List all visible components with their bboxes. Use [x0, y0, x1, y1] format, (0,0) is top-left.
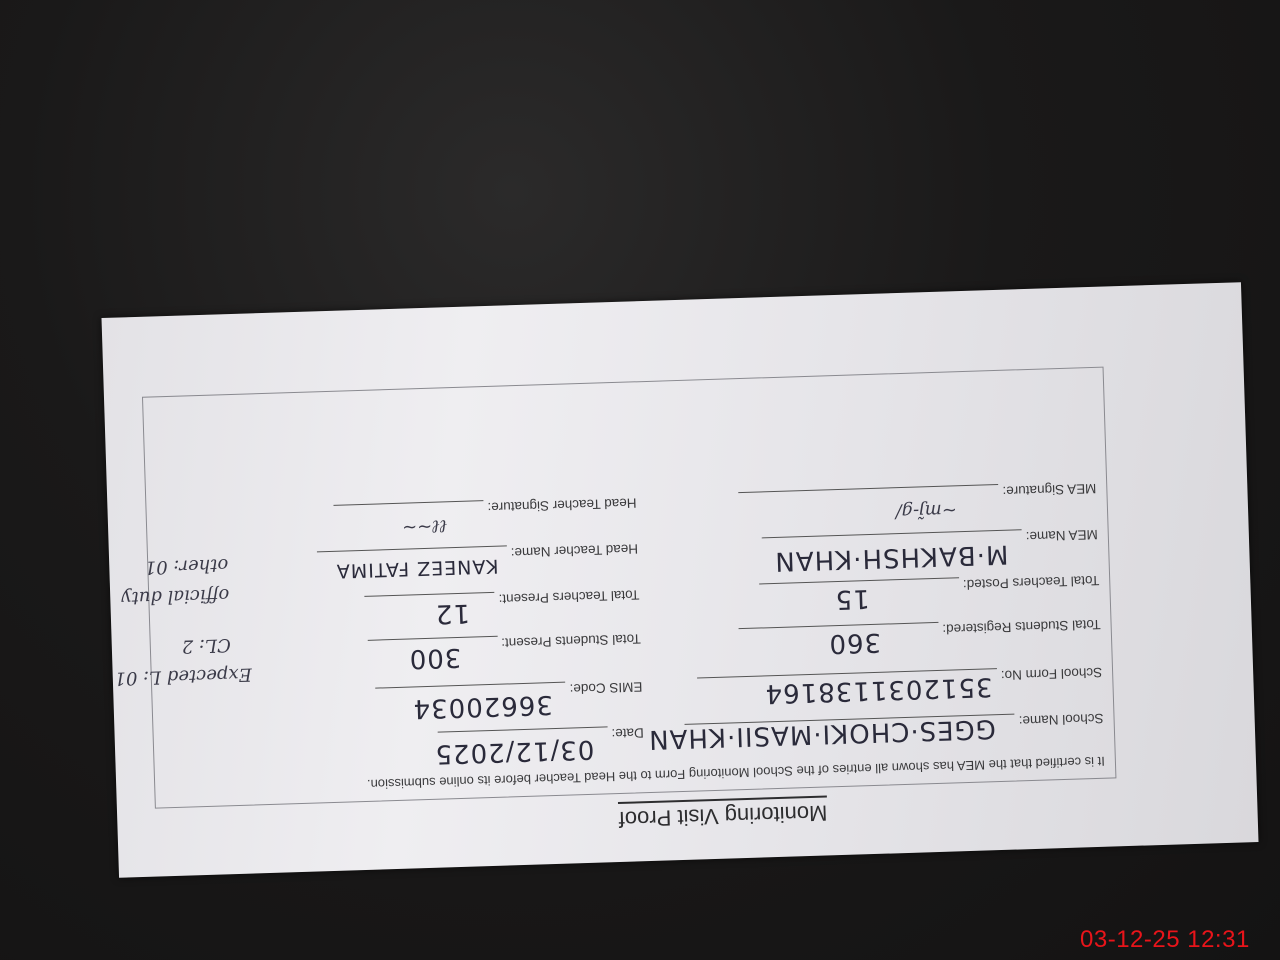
- handwritten-note-2: CL: 2: [182, 634, 232, 657]
- emis-code-label: EMIS Code:: [569, 679, 642, 696]
- date-label: Date:: [611, 725, 644, 741]
- teachers-present-value: 12: [434, 598, 470, 629]
- students-registered-value: 360: [828, 627, 882, 659]
- head-teacher-signature-scribble: ℓℓ~~: [402, 515, 448, 537]
- head-teacher-signature-label: Head Teacher Signature:: [487, 495, 637, 515]
- certification-text: It is certified that the MEA has shown a…: [165, 753, 1105, 800]
- students-present-label: Total Students Present:: [501, 631, 641, 650]
- students-present-value: 300: [408, 642, 462, 674]
- teachers-posted-row: Total Teachers Posted:: [759, 573, 1099, 599]
- camera-timestamp: 03-12-25 12:31: [1080, 926, 1250, 954]
- mea-signature-label: MEA Signature:: [1002, 481, 1096, 499]
- form-title: Monitoring Visit Proof: [618, 795, 828, 832]
- teachers-present-label: Total Teachers Present:: [498, 587, 639, 606]
- head-teacher-name-label: Head Teacher Name:: [510, 541, 638, 560]
- paper-form: Monitoring Visit Proof It is certified t…: [101, 282, 1258, 878]
- mea-name-value: M·BAKHSH·KHAN: [774, 539, 1009, 576]
- teachers-posted-label: Total Teachers Posted:: [963, 573, 1100, 592]
- handwritten-note-1: Expected L: 01: [114, 664, 252, 689]
- school-form-no-label: School Form No:: [1001, 665, 1103, 683]
- teachers-posted-value: 15: [834, 583, 870, 614]
- date-value: 03/12/2025: [434, 734, 595, 769]
- students-registered-label: Total Students Registered:: [942, 617, 1101, 637]
- school-name-label: School Name:: [1019, 711, 1104, 729]
- handwritten-note-4: other: 01: [144, 554, 228, 578]
- school-name-value: GGES·CHOKI·MASII·KHAN: [648, 713, 997, 754]
- handwritten-note-3: official duty: [121, 584, 230, 608]
- teachers-present-row: Total Teachers Present:: [365, 587, 640, 611]
- mea-signature-scribble: ~mj̃-g/: [895, 499, 957, 522]
- mea-name-label: MEA Name:: [1026, 527, 1098, 544]
- form-box: It is certified that the MEA has shown a…: [142, 367, 1116, 809]
- head-teacher-signature-row: Head Teacher Signature:: [334, 495, 637, 520]
- head-teacher-name-value: KANEEZ FATIMA: [335, 555, 498, 582]
- emis-code-value: 36620034: [412, 689, 553, 723]
- school-form-no-value: 3512031138164: [764, 671, 993, 708]
- students-registered-row: Total Students Registered:: [738, 617, 1100, 643]
